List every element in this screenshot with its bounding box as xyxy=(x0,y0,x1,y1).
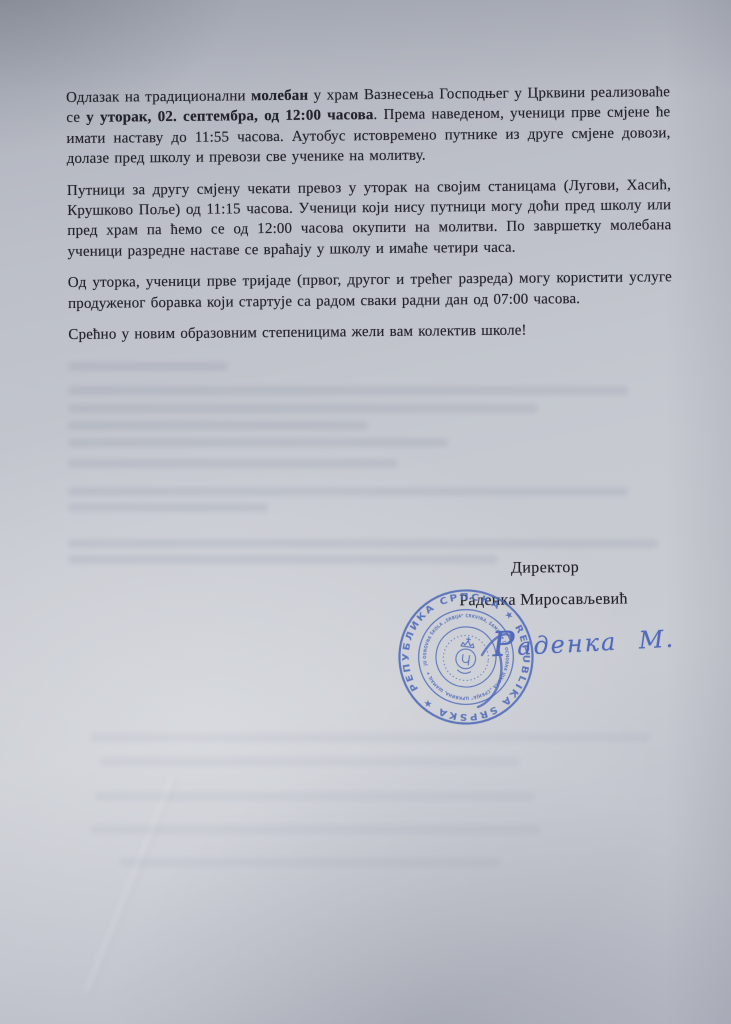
bold-moleban: молебан xyxy=(251,88,308,105)
bleedthrough-line xyxy=(68,555,498,564)
bleedthrough-line xyxy=(90,733,650,742)
bleedthrough-line xyxy=(95,792,535,801)
letter-body: Одлазак на традиционални молебан у храм … xyxy=(66,82,673,356)
bleedthrough-line xyxy=(68,421,368,430)
paragraph-1: Одлазак на традиционални молебан у храм … xyxy=(66,82,671,169)
bleedthrough-line xyxy=(68,487,628,496)
bleedthrough-line xyxy=(68,362,228,371)
signature-title: Директор xyxy=(511,559,579,578)
bleedthrough-line xyxy=(68,539,658,548)
paragraph-3: Од уторка, ученици прве тријаде (првог, … xyxy=(68,267,672,314)
closing-line: Срећно у новим образовним степеницима же… xyxy=(68,319,672,345)
bleedthrough-line xyxy=(90,825,540,834)
bleedthrough-line xyxy=(100,757,520,766)
bleedthrough-line xyxy=(68,459,398,468)
bleedthrough-line xyxy=(68,503,268,512)
bleedthrough-line xyxy=(68,404,538,413)
paragraph-1-text: Одлазак на традиционални xyxy=(66,88,251,106)
document-photo: Одлазак на традиционални молебан у храм … xyxy=(0,0,731,1024)
bleedthrough-line xyxy=(120,858,500,867)
paper-crease xyxy=(85,777,178,993)
bleedthrough-line xyxy=(68,386,628,395)
paragraph-2: Путници за другу смјену чекати превоз у … xyxy=(67,175,672,262)
bleedthrough-line xyxy=(68,438,448,447)
bold-datetime: у уторак, 02. септембра, од 12:00 часова xyxy=(86,107,373,126)
